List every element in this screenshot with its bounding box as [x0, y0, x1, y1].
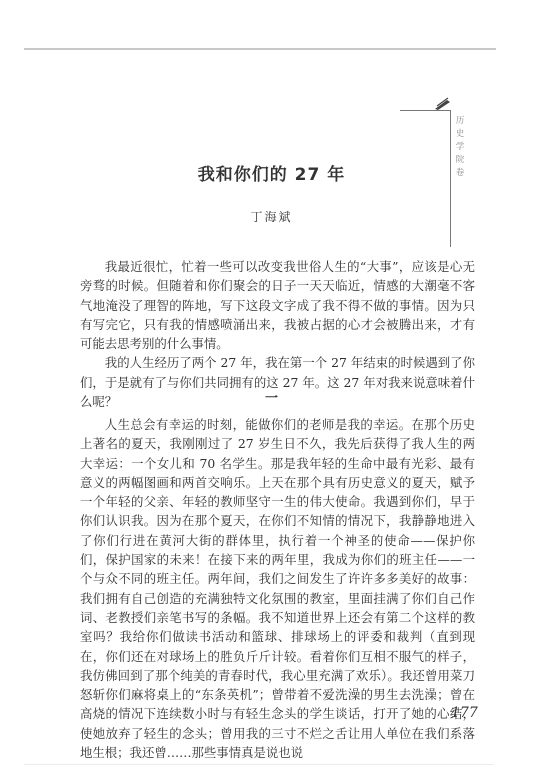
- paragraph: 人生总会有幸运的时刻，能做你们的老师是我的幸运。在那个历史上著名的夏天，我刚刚过…: [80, 415, 475, 762]
- paragraph: 我最近很忙，忙着一些可以改变我世俗人生的“大事”，应该是心无旁骛的时候。但随着和…: [80, 257, 475, 353]
- page-number: 177: [451, 705, 478, 721]
- section-heading: 一: [0, 387, 543, 406]
- article-title: 我和你们的 27 年: [0, 160, 543, 185]
- section-tab-rule: [400, 110, 450, 111]
- pen-icon: [432, 97, 452, 111]
- section-one-body: 人生总会有幸运的时刻，能做你们的老师是我的幸运。在那个历史上著名的夏天，我刚刚过…: [80, 415, 475, 762]
- header-rule: [24, 48, 496, 50]
- footer-rule: [24, 764, 494, 765]
- article-author: 丁海斌: [0, 208, 543, 225]
